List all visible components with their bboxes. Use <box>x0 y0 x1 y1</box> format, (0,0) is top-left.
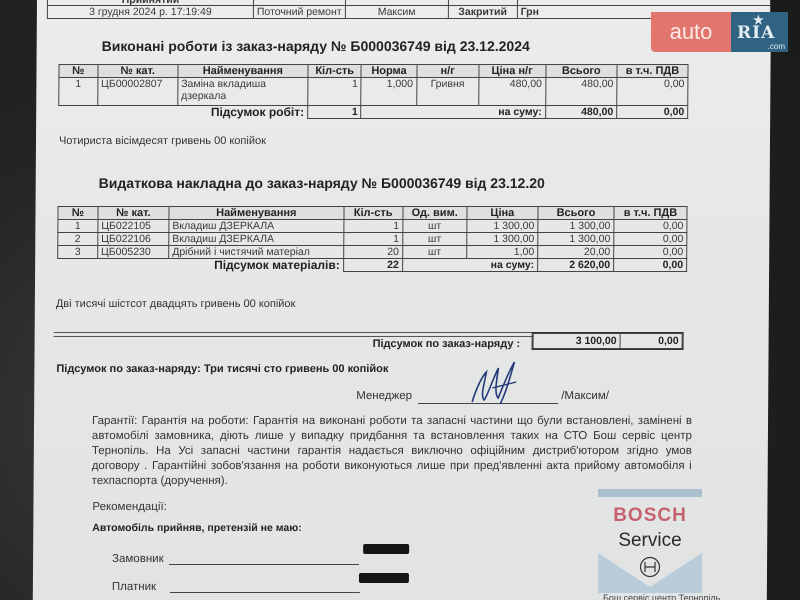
materials-subtotal-label: Підсумок матеріалів: <box>58 259 344 272</box>
materials-subtotal-qty: 22 <box>343 259 402 272</box>
manager-label: Менеджер <box>356 390 412 402</box>
total-divider <box>54 332 534 337</box>
materials-table: № № кат. Найменування Кіл-сть Од. вим. Ц… <box>57 206 687 272</box>
header-date: 3 грудня 2024 р. 17:19:49 <box>47 6 253 19</box>
warranty-text: Гарантії: Гарантія на роботи: Гарантія н… <box>92 414 693 489</box>
materials-sum-total: 2 620,00 <box>538 259 614 272</box>
accepted-label: Автомобіль прийняв, претензій не маю: <box>92 522 302 534</box>
stamp-top-bar <box>598 489 702 497</box>
works-title: Виконані роботи із заказ-наряду № Б00003… <box>102 38 530 54</box>
header-manager: Максим <box>345 6 448 19</box>
materials-sum-in-words: Дві тисячі шістсот двадцять гривень 00 к… <box>56 298 296 310</box>
works-subtotal-qty: 1 <box>308 106 362 119</box>
redacted-payer-name <box>359 573 409 583</box>
watermark-star-icon: ★ <box>753 13 764 27</box>
order-total-amount: 3 100,00 <box>533 334 620 349</box>
works-sum-in-words: Чотириста вісімдесят гривень 00 копійок <box>59 135 266 147</box>
materials-header-row: № № кат. Найменування Кіл-сть Од. вим. Ц… <box>58 207 687 220</box>
stamp-caption: Бош сервіс центр Тернопіль <box>603 593 720 600</box>
materials-sum-vat: 0,00 <box>614 259 687 272</box>
order-total-in-words: Підсумок по заказ-наряду: Три тисячі сто… <box>56 363 388 375</box>
table-row: 3 ЦБ005230 Дрібний і чистячий матеріал 2… <box>58 246 687 259</box>
recommendations-label: Рекомендації: <box>92 501 167 513</box>
header-status: Закритий <box>448 6 517 19</box>
works-sum-label: на суму: <box>361 106 545 119</box>
customer-label: Замовник <box>112 553 164 565</box>
bosch-armature-icon <box>639 556 661 578</box>
materials-title: Видаткова накладна до заказ-наряду № Б00… <box>99 175 545 191</box>
watermark-auto-text: auto <box>651 12 731 52</box>
header-repair-type: Поточний ремонт <box>253 6 345 19</box>
order-total-table: 3 100,00 0,00 <box>533 333 683 349</box>
table-row: 2 ЦБ022106 Вкладиш ДЗЕРКАЛА 1 шт 1 300,0… <box>58 233 687 246</box>
manager-name: /Максим/ <box>561 390 609 402</box>
watermark-ria-block: RIA ★ .com <box>731 12 788 52</box>
bosch-service-stamp: BOSCH Service <box>598 489 702 593</box>
autoria-watermark: auto RIA ★ .com <box>651 12 788 52</box>
stamp-service: Service <box>598 530 702 552</box>
order-total-vat: 0,00 <box>620 334 682 349</box>
stamp-brand: BOSCH <box>598 505 702 527</box>
materials-sum-label: на суму: <box>402 259 537 272</box>
watermark-domain: .com <box>768 42 785 51</box>
works-subtotal-label: Підсумок робіт: <box>59 106 308 119</box>
redacted-customer-name <box>363 544 409 554</box>
customer-signature-line <box>169 564 359 565</box>
works-table: № № кат. Найменування Кіл-сть Норма н/г … <box>58 64 688 119</box>
works-sum-total: 480,00 <box>545 106 617 119</box>
table-row: 1 ЦБ022105 Вкладиш ДЗЕРКАЛА 1 шт 1 300,0… <box>58 220 687 233</box>
manager-signature-scribble <box>464 358 524 408</box>
payer-label: Платник <box>112 581 156 593</box>
works-sum-vat: 0,00 <box>617 106 688 119</box>
table-row: 1 ЦБ00002807 Заміна вкладиша дзеркала 1 … <box>59 78 688 106</box>
payer-signature-line <box>170 592 360 593</box>
materials-subtotal-row: Підсумок матеріалів: 22 на суму: 2 620,0… <box>58 259 687 272</box>
works-header-row: № № кат. Найменування Кіл-сть Норма н/г … <box>59 65 688 78</box>
works-subtotal-row: Підсумок робіт: 1 на суму: 480,00 0,00 <box>59 106 688 119</box>
order-total-label: Підсумок по заказ-наряду : <box>373 338 521 350</box>
